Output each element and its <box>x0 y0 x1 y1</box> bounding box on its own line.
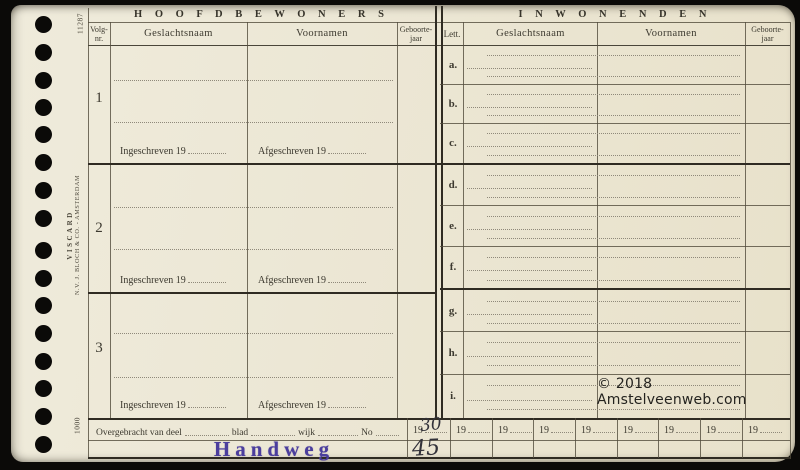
voornamen-header-right: Voornamen <box>597 28 745 39</box>
year-cell: 19 <box>581 424 615 436</box>
binder-hole <box>35 210 52 227</box>
write-line <box>487 133 740 134</box>
binder-hole <box>35 436 52 453</box>
write-line <box>467 146 592 147</box>
binder-hole <box>35 270 52 287</box>
binder-hole <box>35 325 52 342</box>
year-cell: 19 <box>664 424 698 436</box>
stub-printer-imprint: VISCARD N.V. J. BLOCH & CO. - AMSTERDAM <box>66 155 82 315</box>
block-number: 3 <box>88 340 110 357</box>
write-line <box>467 229 592 230</box>
write-line <box>487 238 740 239</box>
geslachtsnaam-header-right: Geslachtsnaam <box>464 28 597 39</box>
write-line <box>487 155 740 156</box>
transfer-row: Overgebracht van deel blad wijk No <box>96 423 402 438</box>
write-line <box>114 249 393 250</box>
footer-column-line <box>658 418 659 458</box>
write-line <box>487 175 740 176</box>
binder-hole <box>35 72 52 89</box>
footer-column-line <box>617 418 618 458</box>
footer-column-line <box>533 418 534 458</box>
block-number: 1 <box>88 90 110 107</box>
inwonenden-row: a. <box>440 45 790 84</box>
afgeschreven-label: Afgeschreven 19 <box>258 145 366 157</box>
write-line <box>487 301 740 302</box>
write-line <box>487 342 740 343</box>
transfer-label-deel: Overgebracht van deel <box>96 428 182 438</box>
inwonenden-row: c. <box>440 123 790 163</box>
geslachtsnaam-header-left: Geslachtsnaam <box>110 28 247 39</box>
write-line <box>487 280 740 281</box>
ingeschreven-label: Ingeschreven 19 <box>120 274 226 286</box>
write-line <box>487 409 740 410</box>
row-letter: f. <box>443 261 463 273</box>
binder-hole <box>35 182 52 199</box>
column-line <box>110 22 111 418</box>
inwonenden-row: d. <box>440 165 790 205</box>
write-line <box>487 216 740 217</box>
binder-hole <box>35 380 52 397</box>
afgeschreven-label: Afgeschreven 19 <box>258 274 366 286</box>
year-cell: 19 <box>456 424 490 436</box>
ingeschreven-label: Ingeschreven 19 <box>120 399 226 411</box>
footer-column-line <box>575 418 576 458</box>
binder-hole <box>35 408 52 425</box>
year-cell: 19 <box>706 424 740 436</box>
geboortejaar-header-right: Geboorte- jaar <box>745 25 790 43</box>
write-line <box>114 207 393 208</box>
voornamen-header-left: Voornamen <box>247 28 397 39</box>
inwonenden-row: e. <box>440 205 790 246</box>
row-letter: e. <box>443 220 463 232</box>
binder-hole <box>35 99 52 116</box>
stub-serial-top: 11287 <box>76 5 85 43</box>
write-line <box>487 55 740 56</box>
row-letter: d. <box>443 179 463 191</box>
stub-brand: VISCARD <box>66 155 74 315</box>
write-line <box>487 365 740 366</box>
binder-hole <box>35 242 52 259</box>
write-line <box>467 68 592 69</box>
year-cell: 19 <box>498 424 532 436</box>
afgeschreven-label: Afgeschreven 19 <box>258 399 366 411</box>
write-line <box>114 377 393 378</box>
column-line <box>247 22 248 418</box>
binder-hole <box>35 353 52 370</box>
write-line <box>467 270 592 271</box>
hoofdbewoners-title: H O O F D B E W O N E R S <box>88 9 435 20</box>
write-line <box>487 76 740 77</box>
ingeschreven-label: Ingeschreven 19 <box>120 145 226 157</box>
photo-background: 11287 VISCARD N.V. J. BLOCH & CO. - AMST… <box>0 0 800 470</box>
write-line <box>114 333 393 334</box>
write-line <box>467 314 592 315</box>
inwonenden-row: h. <box>440 331 790 374</box>
binder-hole <box>35 297 52 314</box>
footer-column-line <box>492 418 493 458</box>
binder-hole <box>35 154 52 171</box>
street-name-stamp: Handweg <box>200 437 348 462</box>
transfer-label-no: No <box>361 428 373 438</box>
row-letter: b. <box>443 98 463 110</box>
footer-column-line <box>407 418 408 458</box>
stub-printer-name: N.V. J. BLOCH & CO. - AMSTERDAM <box>74 155 81 315</box>
inwonenden-title: I N W O N E N D E N <box>440 9 790 20</box>
block-separator <box>88 292 435 294</box>
geboortejaar-header-left: Geboorte- jaar <box>397 25 435 43</box>
year-cell: 19 <box>748 424 782 436</box>
write-line <box>467 356 592 357</box>
row-letter: h. <box>443 347 463 359</box>
write-line <box>487 257 740 258</box>
inwonenden-row: g. <box>440 290 790 331</box>
write-line <box>467 188 592 189</box>
row-letter: g. <box>443 305 463 317</box>
write-line <box>487 323 740 324</box>
volgnr-header: Volg- nr. <box>88 25 110 43</box>
inwonenden-row: b. <box>440 84 790 123</box>
year-cell: 19 <box>539 424 573 436</box>
inwonenden-row: f. <box>440 246 790 288</box>
row-letter: i. <box>443 390 463 402</box>
write-line <box>487 197 740 198</box>
write-line <box>114 80 393 81</box>
write-line <box>114 122 393 123</box>
year-cell: 19 <box>623 424 657 436</box>
handwritten-house-number: 45 <box>411 435 440 461</box>
stub-serial-bottom: 1000 <box>73 408 82 444</box>
write-line <box>467 107 592 108</box>
footer-column-line <box>742 418 743 458</box>
write-line <box>467 400 592 401</box>
write-line <box>487 94 740 95</box>
row-letter: a. <box>443 59 463 71</box>
footer-column-line <box>450 418 451 458</box>
column-line <box>397 22 398 418</box>
block-number: 2 <box>88 220 110 237</box>
handwritten-year: 30 <box>419 414 443 436</box>
binder-hole <box>35 126 52 143</box>
binder-hole <box>35 16 52 33</box>
binder-hole <box>35 44 52 61</box>
row-letter: c. <box>443 137 463 149</box>
write-line <box>487 115 740 116</box>
copyright-watermark: © 2018 Amstelveenweb.com <box>597 376 800 408</box>
footer-column-line <box>700 418 701 458</box>
lett-header: Lett. <box>440 29 464 39</box>
